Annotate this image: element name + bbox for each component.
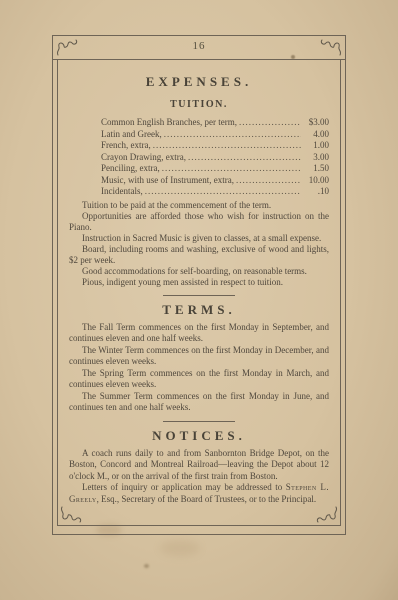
notice-text: , Esq., Secretary of the Board of Truste…: [97, 494, 316, 504]
notice-paragraph: A coach runs daily to and from Sanbornto…: [69, 448, 329, 483]
expenses-note: Good accommodations for self-boarding, o…: [69, 266, 329, 277]
expenses-note: Pious, indigent young men assisted in re…: [69, 277, 329, 288]
term-paragraph: The Winter Term commences on the first M…: [69, 345, 329, 368]
terms-heading: TERMS.: [69, 302, 329, 318]
term-paragraph: The Summer Term commences on the first M…: [69, 391, 329, 414]
fee-amount: 1.00: [303, 140, 329, 152]
expenses-note: Instruction in Sacred Music is given to …: [69, 233, 329, 244]
fee-amount: 3.00: [303, 152, 329, 164]
section-divider-rule: [163, 295, 235, 296]
page-border-frame: 16 EXPENSES. TUITION. Common English Bra…: [52, 35, 346, 535]
expenses-note: Opportunities are afforded those who wis…: [69, 211, 329, 233]
dot-leader: [236, 175, 301, 187]
tuition-row: Common English Branches, per term,$3.00: [69, 117, 329, 129]
dot-leader: [153, 140, 301, 152]
fee-label: Penciling, extra,: [101, 163, 160, 175]
tuition-subheading: TUITION.: [69, 99, 329, 110]
dot-leader: [239, 117, 301, 129]
page-number: 16: [53, 40, 345, 52]
content-box: EXPENSES. TUITION. Common English Branch…: [57, 60, 341, 526]
fee-label: Crayon Drawing, extra,: [101, 152, 186, 164]
term-paragraph: The Fall Term commences on the first Mon…: [69, 322, 329, 345]
tuition-row: Incidentals,.10: [69, 186, 329, 198]
dot-leader: [164, 129, 301, 141]
corner-flourish-icon: [314, 505, 338, 524]
tuition-row: French, extra,1.00: [69, 140, 329, 152]
fee-amount: 4.00: [303, 129, 329, 141]
fee-label: Latin and Greek,: [101, 129, 162, 141]
dot-leader: [162, 163, 301, 175]
tuition-fee-table: Common English Branches, per term,$3.00 …: [69, 117, 329, 198]
fee-amount: .10: [303, 186, 329, 198]
fee-amount: $3.00: [303, 117, 329, 129]
dot-leader: [188, 152, 301, 164]
notice-text: Letters of inquiry or application may be…: [82, 482, 286, 492]
tuition-row: Latin and Greek,4.00: [69, 129, 329, 141]
tuition-row: Music, with use of Instrument, extra,10.…: [69, 175, 329, 187]
tuition-row: Crayon Drawing, extra,3.00: [69, 152, 329, 164]
corner-flourish-icon: [60, 505, 84, 524]
expenses-note: Board, including rooms and washing, excl…: [69, 244, 329, 266]
expenses-note: Tuition to be paid at the commencement o…: [69, 200, 329, 211]
section-divider-rule: [163, 421, 235, 422]
fee-label: French, extra,: [101, 140, 151, 152]
term-paragraph: The Spring Term commences on the first M…: [69, 368, 329, 391]
fee-amount: 1.50: [303, 163, 329, 175]
fee-label: Music, with use of Instrument, extra,: [101, 175, 234, 187]
tuition-row: Penciling, extra,1.50: [69, 163, 329, 175]
dot-leader: [145, 186, 301, 198]
fee-label: Incidentals,: [101, 186, 143, 198]
fee-amount: 10.00: [303, 175, 329, 187]
notices-heading: NOTICES.: [69, 428, 329, 444]
notice-paragraph: Letters of inquiry or application may be…: [69, 482, 329, 505]
expenses-heading: EXPENSES.: [69, 74, 329, 90]
fee-label: Common English Branches, per term,: [101, 117, 237, 129]
page-header-strip: 16: [53, 36, 345, 60]
